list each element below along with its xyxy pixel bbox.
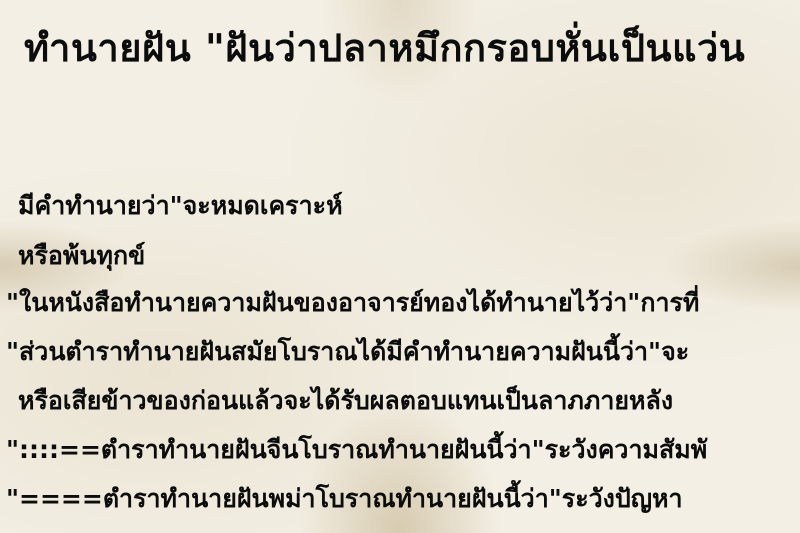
text-line-chinese-text: "::::==ตำราทำนายฝันจีนโบราณทำนายฝันนี้ว่…: [6, 430, 707, 470]
text-line-prediction: มีคำทำนายว่า"จะหมดเคราะห์: [18, 186, 343, 226]
text-line-loss-then-gain: หรือเสียข้าวของก่อนแล้วจะได้รับผลตอบแทนเ…: [18, 381, 673, 421]
page-title: ทำนายฝัน "ฝันว่าปลาหมึกกรอบหั่นเป็นแว่น: [24, 18, 745, 78]
text-line-burmese-text: "====ตำราทำนายฝันพม่าโบราณทำนายฝันนี้ว่า…: [6, 479, 683, 519]
text-line-ajarn-thong: "ในหนังสือทำนายความฝันของอาจารย์ทองได้ทำ…: [6, 283, 699, 323]
text-line-relief: หรือพ้นทุกข์: [18, 236, 145, 276]
dream-interpretation-page: ทำนายฝัน "ฝันว่าปลาหมึกกรอบหั่นเป็นแว่น …: [0, 0, 800, 533]
text-line-ancient-text: "ส่วนตำราทำนายฝันสมัยโบราณได้มีคำทำนายคว…: [6, 332, 689, 372]
